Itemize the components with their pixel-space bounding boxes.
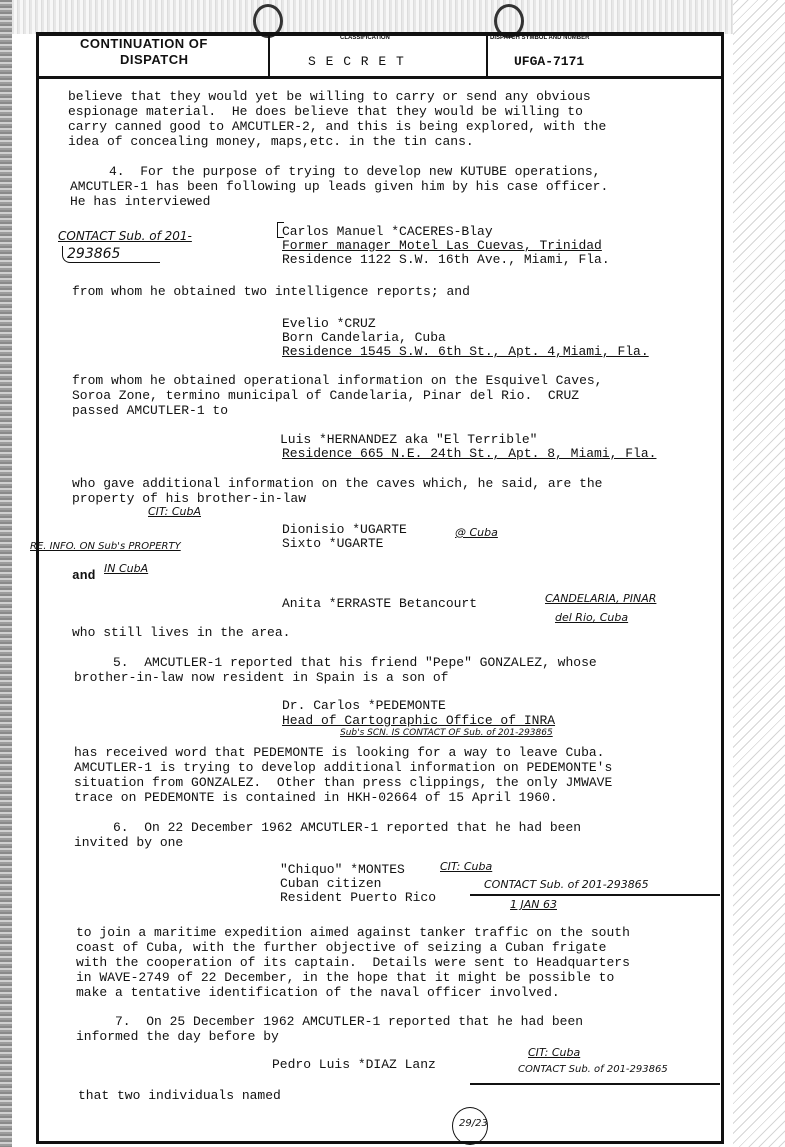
classification-label: CLASSIFICATION [340,35,390,41]
text-line: from whom he obtained operational inform… [72,373,603,388]
text-line: invited by one [74,835,183,850]
contact-name: Dr. Carlos *PEDEMONTE [282,698,446,713]
contact-name-diaz: Pedro Luis *DIAZ Lanz [272,1057,436,1072]
text-line: trace on PEDEMONTE is contained in HKH-0… [74,790,558,805]
text-line: 7. On 25 December 1962 AMCUTLER-1 report… [76,1014,583,1029]
text-line: believe that they would yet be willing t… [68,89,591,104]
contact-detail: Head of Cartographic Office of INRA [282,713,555,728]
form-title-line2: DISPATCH [120,52,189,67]
handwritten-location: IN CubA [104,562,148,575]
form-title-line1: CONTINUATION OF [80,36,208,51]
text-line: in WAVE-2749 of 22 December, in the hope… [76,970,614,985]
text-line: and [72,568,95,583]
text-line: 6. On 22 December 1962 AMCUTLER-1 report… [74,820,581,835]
contact-name: "Chiquo" *MONTES [280,862,405,877]
text-line: AMCUTLER-1 is trying to develop addition… [74,760,612,775]
handwritten-location: del Rio, Cuba [555,611,628,624]
handwritten-contact-note: CONTACT Sub. of 201-293865 [518,1064,668,1075]
handwritten-location: CANDELARIA, PINAR [545,592,656,605]
classification-cell: CLASSIFICATION S E C R E T [268,32,488,76]
contact-name: Evelio *CRUZ [282,316,376,331]
page-stamp: 29/23 [452,1107,488,1145]
bracket-mark [277,222,284,238]
text-line: with the cooperation of its captain. Det… [76,955,630,970]
text-line: make a tentative identification of the n… [76,985,560,1000]
text-line: 4. For the purpose of trying to develop … [70,164,601,179]
handwritten-contact-note: Sub's SCN. IS CONTACT OF Sub. of 201-293… [340,728,553,738]
dispatch-header: CONTINUATION OF DISPATCH CLASSIFICATION … [36,32,724,79]
text-line: idea of concealing money, maps,etc. in t… [68,134,474,149]
text-line: 5. AMCUTLER-1 reported that his friend "… [74,655,597,670]
handwritten-file-number: 293865 [62,246,160,263]
contact-detail: Cuban citizen [280,876,381,891]
text-line: He has interviewed [70,194,210,209]
contact-name: Sixto *UGARTE [282,536,383,551]
handwritten-contact-note: CONTACT Sub. of 201- [58,229,192,243]
handwritten-property-note: RE. INFO. ON Sub's PROPERTY [30,541,181,552]
contact-name: Luis *HERNANDEZ aka "El Terrible" [280,432,537,447]
contact-name: Carlos Manuel *CACERES-Blay [282,224,493,239]
handwritten-location: @ Cuba [455,526,498,539]
contact-detail: Residence 1545 S.W. 6th St., Apt. 4,Miam… [282,344,649,359]
text-line: to join a maritime expedition aimed agai… [76,925,630,940]
text-line: Soroa Zone, termino municipal of Candela… [72,388,579,403]
contact-name: Dionisio *UGARTE [282,522,407,537]
text-line: passed AMCUTLER-1 to [72,403,228,418]
text-line: property of his brother-in-law [72,491,306,506]
handwritten-citizenship: CIT: Cuba [440,860,492,873]
contact-detail: Born Candelaria, Cuba [282,330,446,345]
contact-detail: Residence 665 N.E. 24th St., Apt. 8, Mia… [282,446,656,461]
contact-detail: Former manager Motel Las Cuevas, Trinida… [282,238,602,253]
text-line: brother-in-law now resident in Spain is … [74,670,448,685]
handwritten-date: 1 JAN 63 [510,898,557,911]
classification-value: S E C R E T [308,54,405,69]
handwritten-underline [470,1083,720,1085]
text-line: has received word that PEDEMONTE is look… [74,745,605,760]
contact-detail: Resident Puerto Rico [280,890,436,905]
text-line: AMCUTLER-1 has been following up leads g… [70,179,608,194]
handwritten-citizenship: CIT: Cuba [528,1046,580,1059]
text-line: coast of Cuba, with the further objectiv… [76,940,607,955]
handwritten-citizenship: CIT: CubA [148,505,201,518]
text-line: who gave additional information on the c… [72,476,603,491]
text-line: who still lives in the area. [72,625,290,640]
form-title-cell: CONTINUATION OF DISPATCH [36,32,270,76]
contact-detail: Residence 1122 S.W. 16th Ave., Miami, Fl… [282,252,610,267]
page-stamp-text: 29/23 [459,1118,488,1129]
text-line: situation from GONZALEZ. Other than pres… [74,775,612,790]
dispatch-number-label: DISPATCH SYMBOL AND NUMBER [490,35,589,41]
text-line: that two individuals named [78,1088,281,1103]
text-line: carry canned good to AMCUTLER-2, and thi… [68,119,606,134]
handwritten-underline [470,894,720,896]
handwritten-contact-note: CONTACT Sub. of 201-293865 [484,878,649,891]
dispatch-number-value: UFGA-7171 [514,54,584,69]
scan-edge-left [0,0,12,1147]
text-line: from whom he obtained two intelligence r… [72,284,470,299]
dispatch-number-cell: DISPATCH SYMBOL AND NUMBER UFGA-7171 [486,32,718,76]
contact-name-erraste: Anita *ERRASTE Betancourt [282,596,477,611]
text-line: espionage material. He does believe that… [68,104,583,119]
scan-edge-right [733,0,785,1147]
scan-top-band [12,0,733,34]
text-line: informed the day before by [76,1029,279,1044]
